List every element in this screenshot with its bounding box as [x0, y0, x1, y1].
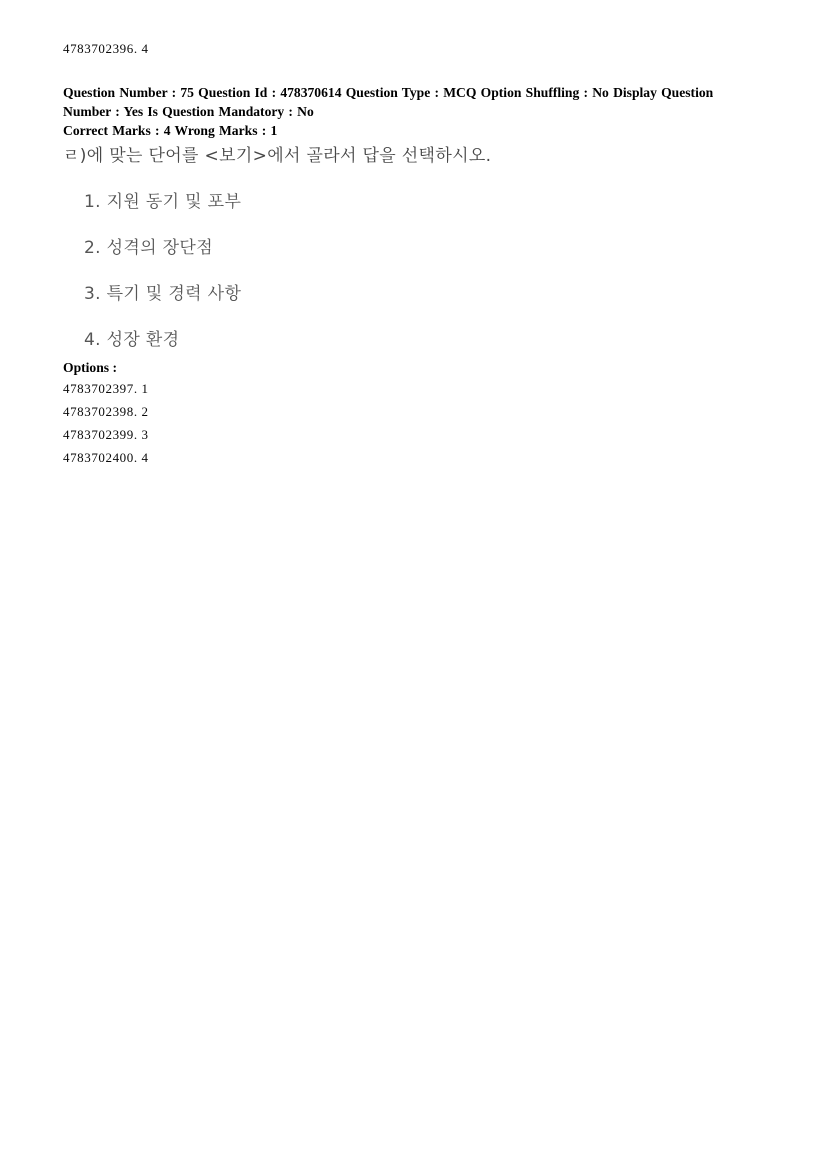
document-page: 4783702396. 4 Question Number : 75 Quest… [0, 0, 826, 1169]
choice-item-2: 2. 성격의 장단점 [84, 238, 766, 258]
marks-line: Correct Marks : 4 Wrong Marks : 1 [63, 121, 763, 140]
option-id-line-3: 4783702399. 3 [63, 423, 766, 446]
question-text: ㄹ)에 맞는 단어를 <보기>에서 골라서 답을 선택하시오. [63, 144, 766, 168]
options-label: Options : [63, 358, 766, 377]
option-id-line-4: 4783702400. 4 [63, 446, 766, 469]
question-metadata: Question Number : 75 Question Id : 47837… [63, 83, 763, 121]
option-id-line-1: 4783702397. 1 [63, 377, 766, 400]
option-id-line-2: 4783702398. 2 [63, 400, 766, 423]
choice-list: 1. 지원 동기 및 포부 2. 성격의 장단점 3. 특기 및 경력 사항 4… [63, 192, 766, 350]
choice-item-1: 1. 지원 동기 및 포부 [84, 192, 766, 212]
choice-item-3: 3. 특기 및 경력 사항 [84, 284, 766, 304]
choice-item-4: 4. 성장 환경 [84, 330, 766, 350]
question-id-line: 4783702396. 4 [63, 42, 766, 56]
